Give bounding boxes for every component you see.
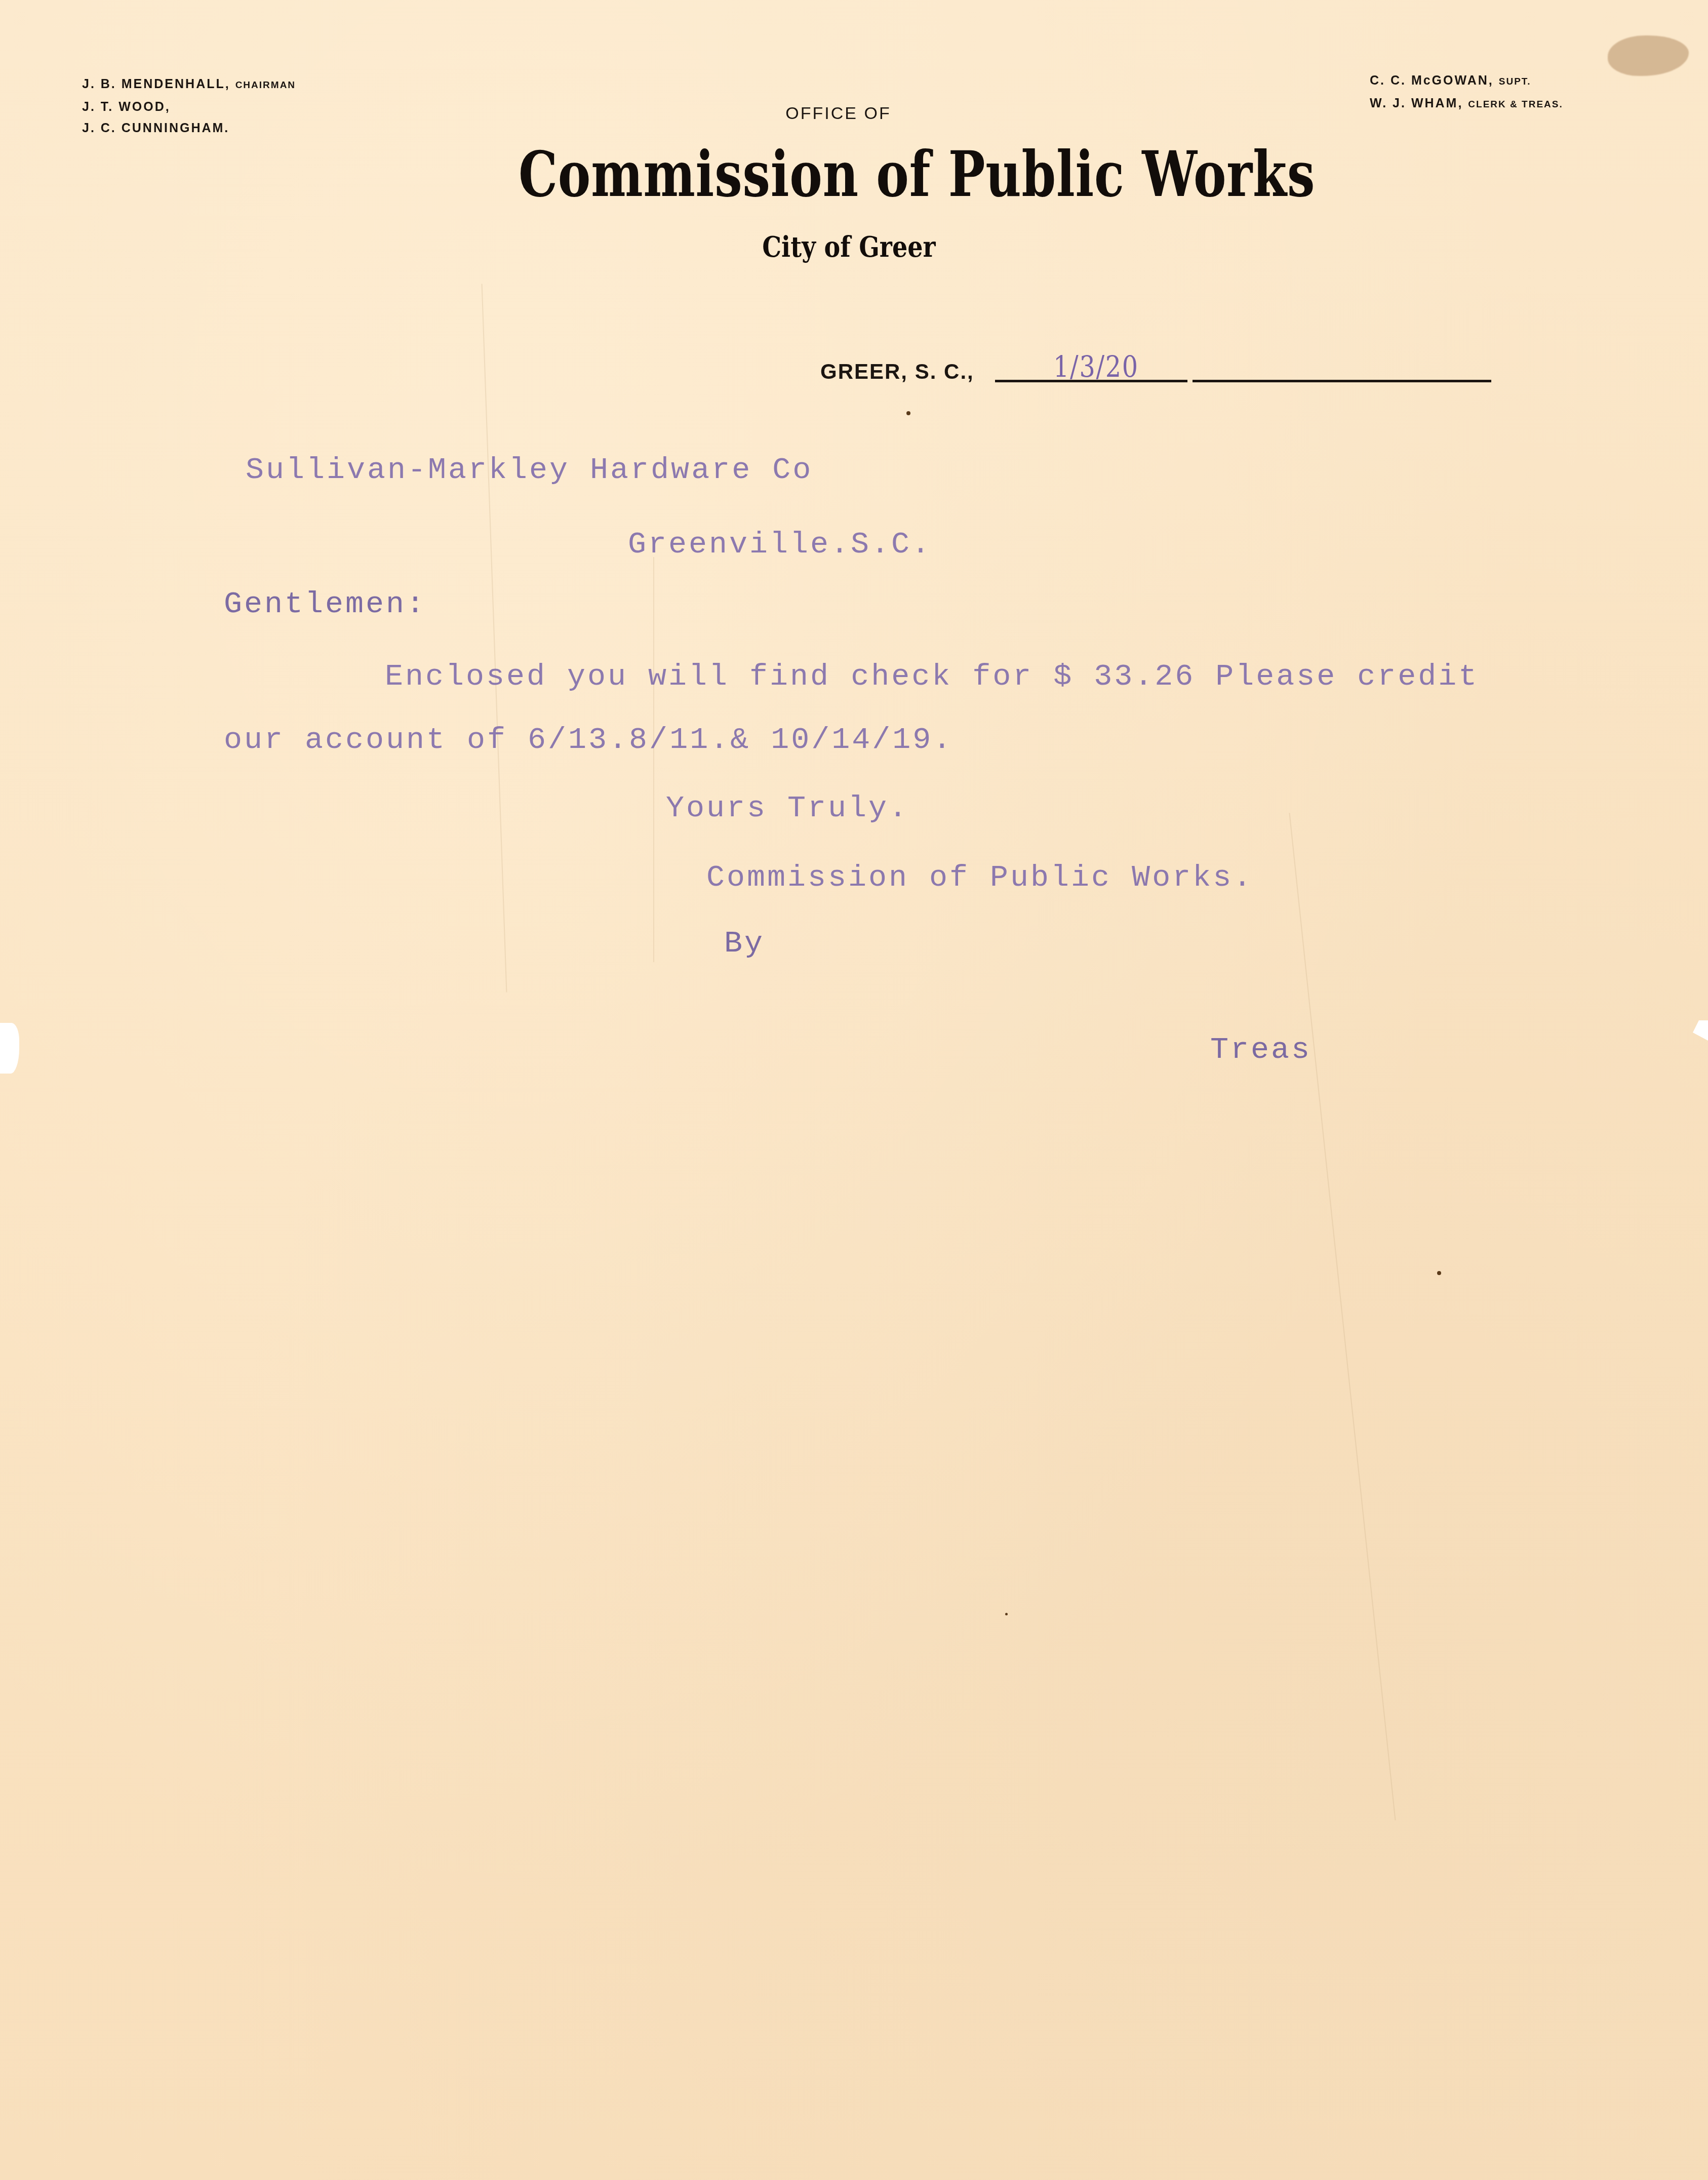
body-line-2: our account of 6/13.8/11.& 10/14/19. (224, 723, 953, 758)
paper-speck (1005, 1613, 1008, 1615)
dateline-place: GREER, S. C., (820, 360, 974, 384)
officer-line: J. B. MENDENHALL, CHAIRMAN (82, 73, 296, 96)
recipient-name: Sullivan-Markley Hardware Co (246, 453, 813, 488)
signoff-by: By (724, 927, 765, 961)
paper-speck (906, 411, 910, 415)
signer-title: Treas (1210, 1033, 1312, 1067)
body-line-1: Enclosed you will find check for $ 33.26… (385, 660, 1479, 694)
officer-line: C. C. McGOWAN, SUPT. (1370, 70, 1563, 93)
letterhead-title: Commission of Public Works (519, 137, 1183, 211)
recipient-city: Greenville.S.C. (628, 528, 932, 562)
signoff-organization: Commission of Public Works. (706, 861, 1253, 895)
closing: Yours Truly. (666, 791, 909, 826)
letterhead-office-of: OFFICE OF (0, 104, 1708, 124)
letter-date: 1/3/20 (1053, 349, 1139, 384)
letter-paper (0, 0, 1708, 2180)
date-rule (1193, 380, 1491, 382)
salutation: Gentlemen: (224, 587, 426, 622)
paper-speck (1437, 1271, 1441, 1275)
letterhead-subtitle: City of Greer (0, 230, 1708, 264)
paper-tear-left (0, 1023, 19, 1074)
paper-crease (653, 557, 654, 962)
